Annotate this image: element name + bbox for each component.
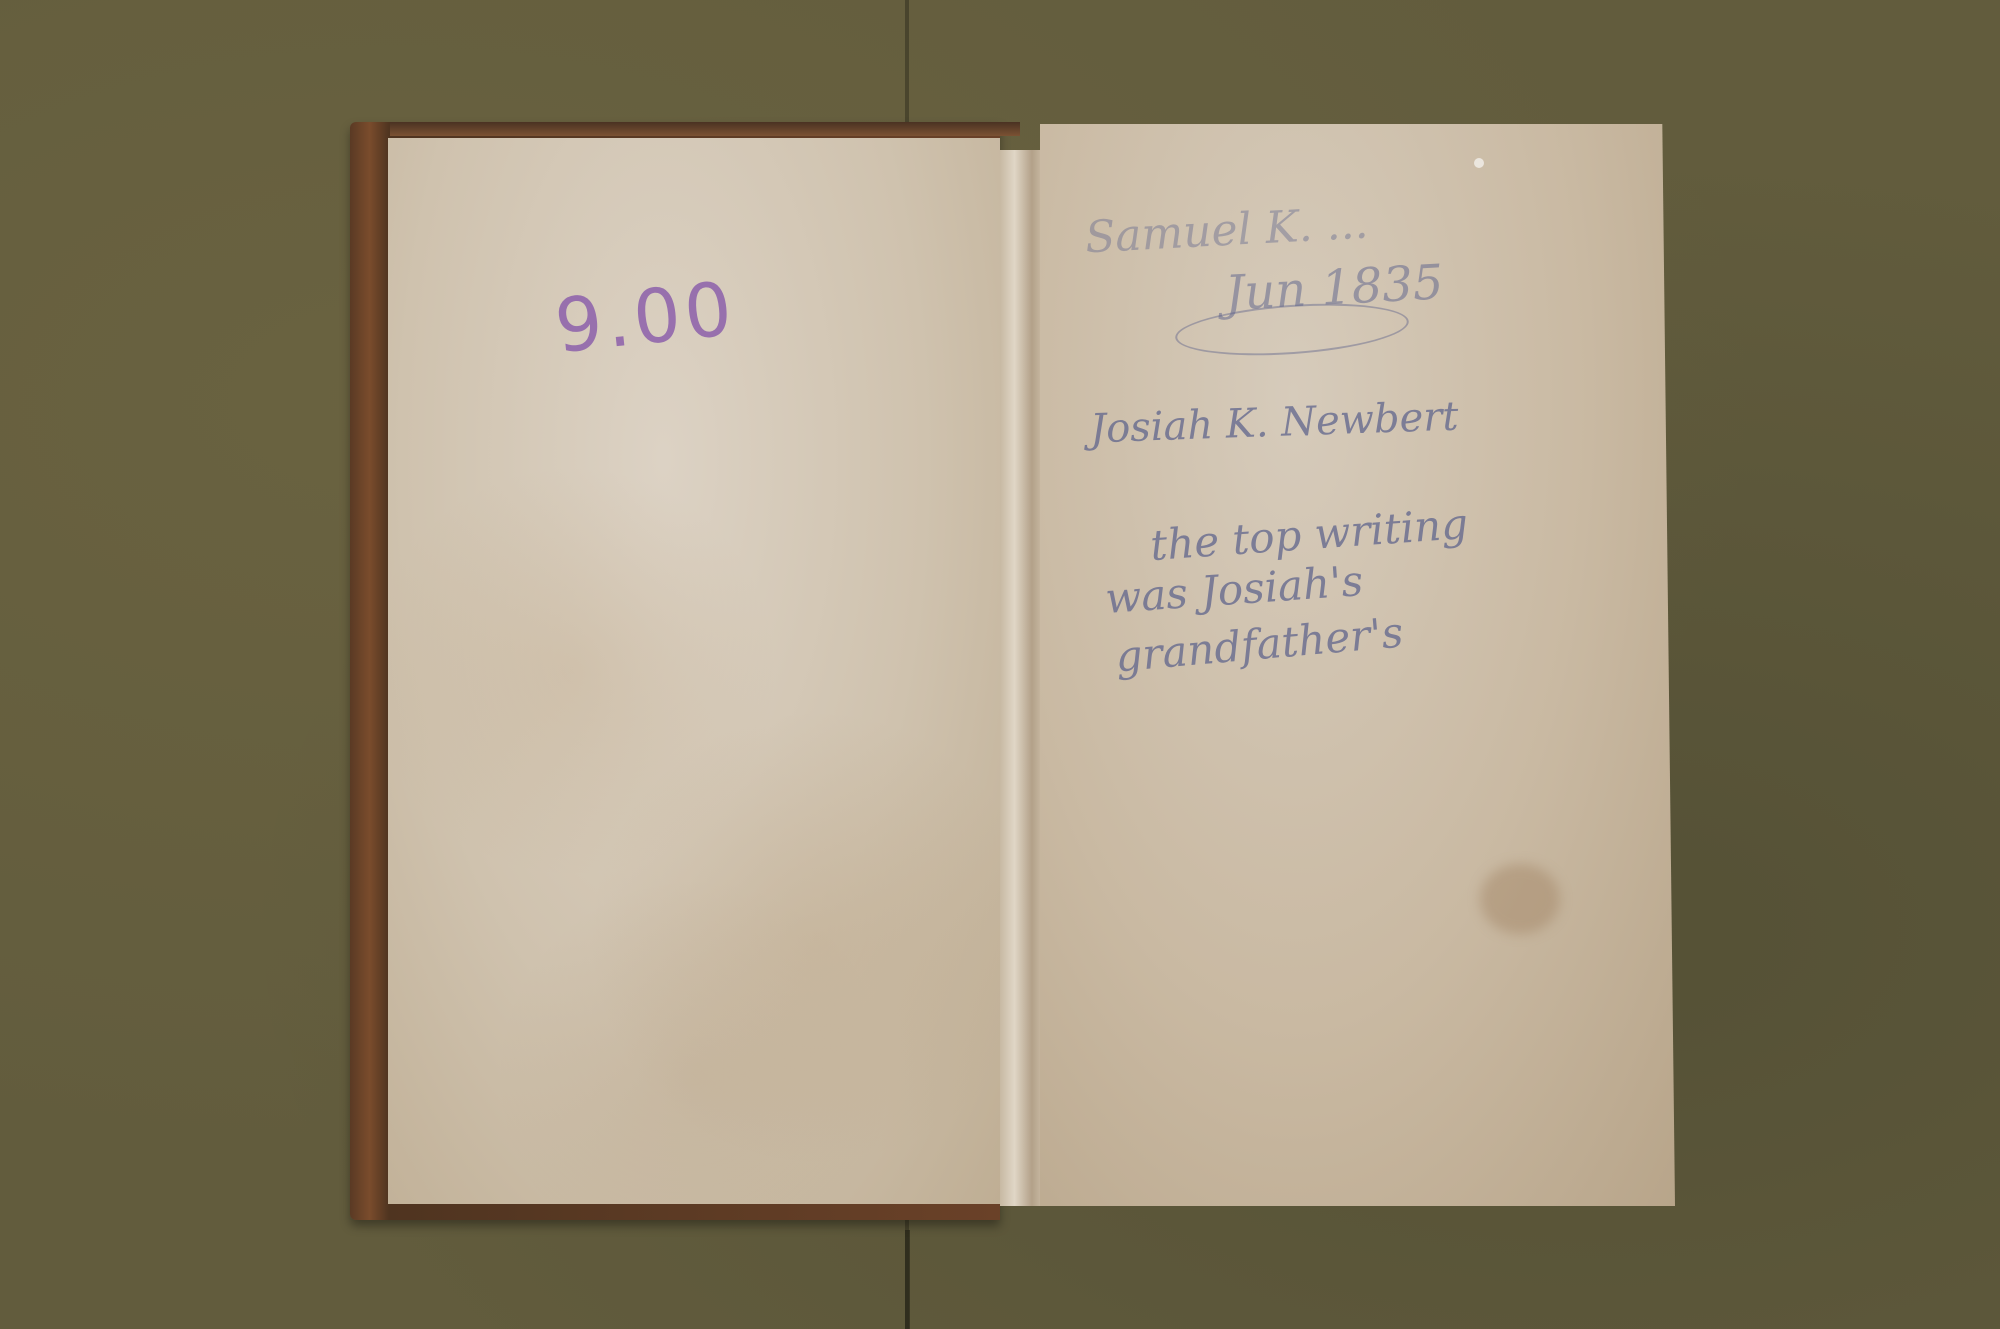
water-stain (1480, 864, 1560, 934)
paper-hole (1474, 158, 1484, 168)
board-top-edge (390, 122, 1020, 136)
surface-seam-lower (905, 1230, 910, 1329)
